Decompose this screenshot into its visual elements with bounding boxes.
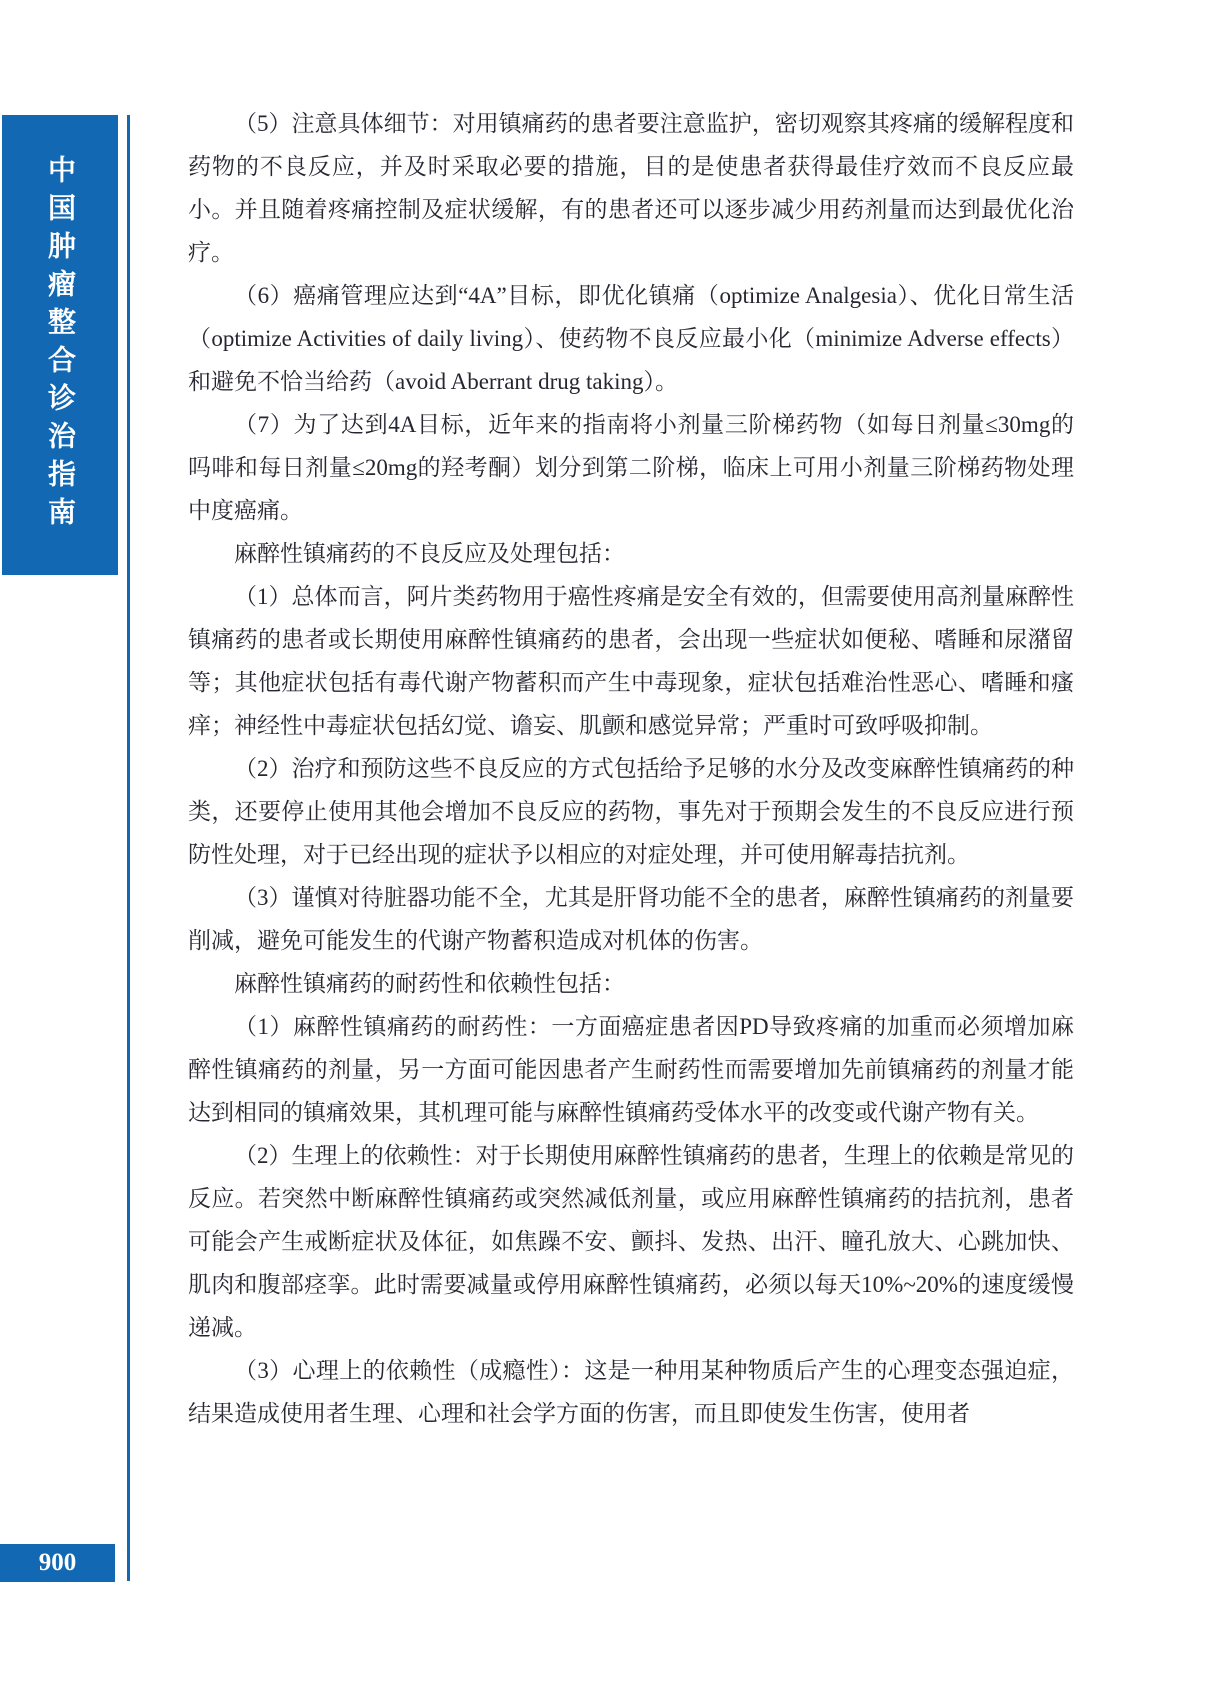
paragraph-lead-in: 麻醉性镇痛药的不良反应及处理包括： <box>188 532 1074 575</box>
book-title-vertical: 中国肿瘤整合诊治指南 <box>46 155 74 535</box>
paragraph: （2）治疗和预防这些不良反应的方式包括给予足够的水分及改变麻醉性镇痛药的种类，还… <box>188 747 1074 876</box>
sidebar-spine: 中国肿瘤整合诊治指南 <box>2 115 118 575</box>
page-number: 900 <box>39 1549 77 1577</box>
paragraph: （5）注意具体细节：对用镇痛药的患者要注意监护，密切观察其疼痛的缓解程度和药物的… <box>188 102 1074 274</box>
vertical-divider <box>127 115 130 1581</box>
document-page: 中国肿瘤整合诊治指南 900 （5）注意具体细节：对用镇痛药的患者要注意监护，密… <box>0 0 1218 1696</box>
paragraph: （2）生理上的依赖性：对于长期使用麻醉性镇痛药的患者，生理上的依赖是常见的反应。… <box>188 1134 1074 1349</box>
paragraph: （6）癌痛管理应达到“4A”目标，即优化镇痛（optimize Analgesi… <box>188 274 1074 403</box>
paragraph-lead-in: 麻醉性镇痛药的耐药性和依赖性包括： <box>188 962 1074 1005</box>
paragraph: （7）为了达到4A目标，近年来的指南将小剂量三阶梯药物（如每日剂量≤30mg的吗… <box>188 403 1074 532</box>
paragraph: （1）麻醉性镇痛药的耐药性：一方面癌症患者因PD导致疼痛的加重而必须增加麻醉性镇… <box>188 1005 1074 1134</box>
paragraph: （3）心理上的依赖性（成瘾性）：这是一种用某种物质后产生的心理变态强迫症，结果造… <box>188 1349 1074 1435</box>
page-number-badge: 900 <box>0 1544 115 1582</box>
paragraph: （1）总体而言，阿片类药物用于癌性疼痛是安全有效的，但需要使用高剂量麻醉性镇痛药… <box>188 575 1074 747</box>
paragraph: （3）谨慎对待脏器功能不全，尤其是肝肾功能不全的患者，麻醉性镇痛药的剂量要削减，… <box>188 876 1074 962</box>
page-content: （5）注意具体细节：对用镇痛药的患者要注意监护，密切观察其疼痛的缓解程度和药物的… <box>188 102 1074 1435</box>
